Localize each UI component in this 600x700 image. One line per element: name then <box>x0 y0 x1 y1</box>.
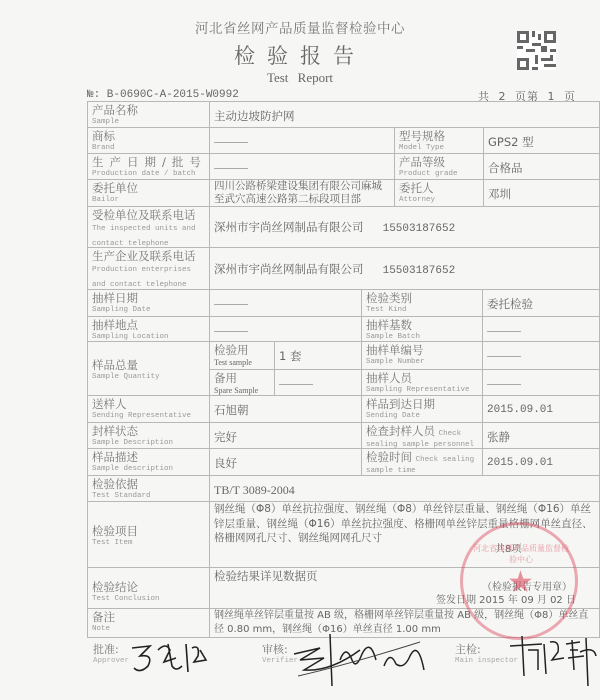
main-inspector-signature <box>508 630 600 690</box>
production-enterprise-phone: 15503187652 <box>383 265 456 277</box>
empty-dash <box>214 304 248 305</box>
spare-sample-value <box>275 370 362 396</box>
sample-number-label: 抽样单编号 Sample Number <box>362 342 483 370</box>
report-number: №: B-0690C-A-2015-W0992 <box>87 89 239 101</box>
approver-signature-block: 批准: Approver <box>93 641 129 665</box>
attorney-value: 邓圳 <box>484 180 600 207</box>
test-kind-value: 委托检验 <box>483 290 600 317</box>
sample-number-value <box>483 342 600 370</box>
seal-status-label: 封样状态 Sample Description <box>87 423 210 449</box>
spare-sample-label: 备用 Spare Sample <box>210 370 275 396</box>
model-type-value: GPS2 型 <box>484 128 600 154</box>
production-date-value <box>210 154 395 180</box>
bailor-value: 四川公路桥梁建设集团有限公司麻城至武穴高速公路第二标段项目部 <box>210 180 395 207</box>
model-type-label: 型号规格 Model Type <box>395 128 484 154</box>
sample-desc-value: 良好 <box>210 449 362 476</box>
sending-date-label: 样品到达日期 Sending Date <box>362 396 483 423</box>
sample-quantity-label: 样品总量 Sample Quantity <box>87 342 210 396</box>
inspected-unit-label: 受检单位及联系电话 The inspected units and contac… <box>87 207 210 248</box>
seal-ring-text: 河北省丝网产品质量监督检验中心 <box>471 543 571 565</box>
sampling-rep-label: 抽样人员 Sampling Representative <box>362 370 483 396</box>
sample-label: 产品名称 Sample <box>87 101 210 128</box>
production-enterprise-value: 深州市宇尚丝网制品有限公司 15503187652 <box>210 248 600 290</box>
seal-status-value: 完好 <box>210 423 362 449</box>
check-time-label: 检验时间 Check sealing sample time <box>362 449 483 476</box>
production-enterprise-label: 生产企业及联系电话 Production enterprises and con… <box>87 248 210 290</box>
official-seal: 河北省丝网产品质量监督检验中心 ★ <box>460 522 578 640</box>
sampling-location-label: 抽样地点 Sampling Location <box>87 317 210 342</box>
inspected-unit-phone: 15503187652 <box>383 223 456 235</box>
inspected-unit-value: 深州市宇尚丝网制品有限公司 15503187652 <box>210 207 600 248</box>
sample-batch-label: 抽样基数 Sample Batch <box>362 317 483 342</box>
report-title-en: Test Report <box>0 70 600 86</box>
check-time-value: 2015.09.01 <box>483 449 600 476</box>
test-standard-value: TB/T 3089-2004 <box>210 476 600 502</box>
sampling-rep-value <box>483 370 600 396</box>
product-grade-label: 产品等级 Product grade <box>395 154 484 180</box>
empty-dash <box>214 168 248 169</box>
sample-desc-label: 样品描述 Sample description <box>87 449 210 476</box>
empty-dash <box>487 331 521 332</box>
brand-value <box>210 128 395 154</box>
empty-dash <box>214 142 248 143</box>
test-kind-label: 检验类别 Test Kind <box>362 290 483 317</box>
test-sample-value: 1 套 <box>275 342 362 370</box>
empty-dash <box>487 356 521 357</box>
empty-dash <box>487 384 521 385</box>
qr-code-icon <box>517 31 556 70</box>
report-title: 检验报告 <box>0 40 600 70</box>
sending-rep-label: 送样人 Sending Representative <box>87 396 210 423</box>
sampling-date-label: 抽样日期 Sampling Date <box>87 290 210 317</box>
sampling-location-value <box>210 317 362 342</box>
star-icon: ★ <box>507 565 534 600</box>
brand-label: 商标 Brand <box>87 128 210 154</box>
test-item-label: 检验项目 Test Item <box>87 502 210 568</box>
approver-signature <box>128 636 218 678</box>
seal-personnel-value: 张静 <box>483 423 600 449</box>
sending-date-value: 2015.09.01 <box>483 396 600 423</box>
empty-dash <box>214 331 248 332</box>
sample-batch-value <box>483 317 600 342</box>
sampling-date-value <box>210 290 362 317</box>
verifier-signature <box>290 630 450 690</box>
test-standard-label: 检验依据 Test Standard <box>87 476 210 502</box>
organization-name: 河北省丝网产品质量监督检验中心 <box>0 17 600 37</box>
sending-rep-value: 石旭朝 <box>210 396 362 423</box>
note-label: 备注 Note <box>87 609 210 638</box>
seal-personnel-label: 检查封样人员 Check sealing sample personnel <box>362 423 483 449</box>
empty-dash <box>279 384 313 385</box>
test-conclusion-label: 检验结论 Test Conclusion <box>87 568 210 609</box>
product-grade-value: 合格品 <box>484 154 600 180</box>
test-sample-label: 检验用 Test sample <box>210 342 275 370</box>
bailor-label: 委托单位 Bailor <box>87 180 210 207</box>
attorney-label: 委托人 Attorney <box>395 180 484 207</box>
production-date-label: 生产日期/批号 Production date / batch <box>87 154 210 180</box>
sample-value: 主动边坡防护网 <box>210 101 600 128</box>
